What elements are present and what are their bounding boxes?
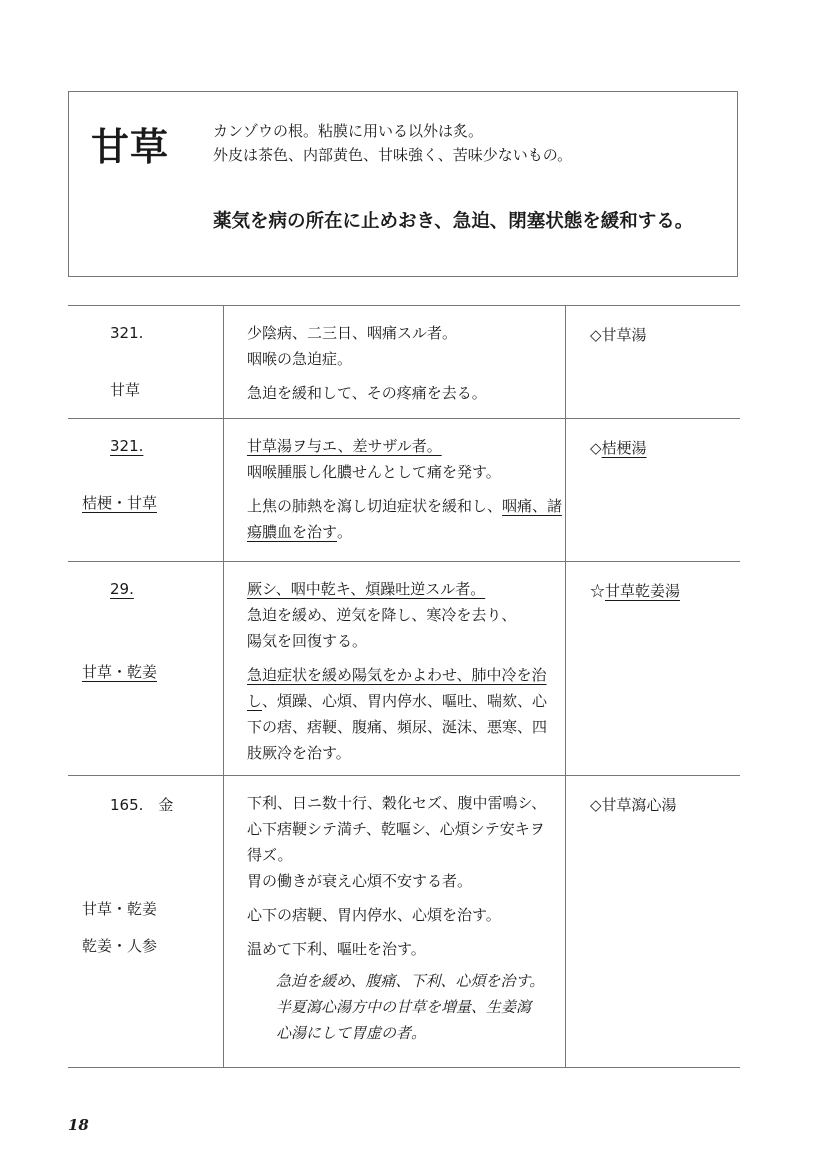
table-row: 165. 金 甘草・乾姜 乾姜・人参 下利、日ニ数十行、穀化セズ、腹中雷鳴シ、心… xyxy=(68,776,740,1068)
clause-number: 321. xyxy=(110,437,143,455)
herb-combo: 甘草・乾姜 xyxy=(68,815,223,919)
table-row: 321. 甘草 少陰病、二三日、咽痛スル者。 咽喉の急迫症。 急迫を緩和して、そ… xyxy=(68,306,740,419)
herb-combo: 甘草 xyxy=(68,342,223,400)
table-row: 29. 甘草・乾姜 厥シ、咽中乾キ、煩躁吐逆スル者。 急迫を緩め、逆気を降し、寒… xyxy=(68,562,740,776)
italic-note: 心湯にして胃虚の者。 xyxy=(276,1020,565,1046)
herb-action: 薬気を病の所在に止めおき、急迫、閉塞状態を緩和する。 xyxy=(213,207,693,233)
effect-text: 温めて下利、嘔吐を治す。 xyxy=(247,936,555,962)
cell-number: 165. 金 甘草・乾姜 乾姜・人参 xyxy=(68,776,224,1068)
clause-number: 165. 金 xyxy=(68,776,223,815)
cell-text: 厥シ、咽中乾キ、煩躁吐逆スル者。 急迫を緩め、逆気を降し、寒冷を去り、 陽気を回… xyxy=(224,562,566,776)
cell-formula: ◇甘草瀉心湯 xyxy=(566,776,741,1068)
kanbun-text: 甘草湯ヲ与エ、差サザル者。 xyxy=(247,437,442,455)
formula-name: 桔梗湯 xyxy=(602,439,647,457)
effect-end: 。 xyxy=(337,523,352,541)
cell-text: 甘草湯ヲ与エ、差サザル者。 咽喉腫脹し化膿せんとして痛を発す。 上焦の肺熱を瀉し… xyxy=(224,419,566,562)
herb-description: カンゾウの根。粘膜に用いる以外は炙。 外皮は茶色、内部黄色、甘味強く、苦味少ない… xyxy=(213,119,572,167)
description-line: カンゾウの根。粘膜に用いる以外は炙。 xyxy=(213,119,572,143)
prescription-table: 321. 甘草 少陰病、二三日、咽痛スル者。 咽喉の急迫症。 急迫を緩和して、そ… xyxy=(68,305,740,1068)
cell-formula: ☆甘草乾姜湯 xyxy=(566,562,741,776)
herb-title: 甘草 xyxy=(91,116,169,171)
cell-number: 321. 桔梗・甘草 xyxy=(68,419,224,562)
note-text: 咽喉の急迫症。 xyxy=(247,346,565,372)
note-text: 陽気を回復する。 xyxy=(247,628,555,654)
clause-number: 29. xyxy=(110,580,134,598)
herb-header-box: 甘草 カンゾウの根。粘膜に用いる以外は炙。 外皮は茶色、内部黄色、甘味強く、苦味… xyxy=(68,91,738,277)
italic-note: 半夏瀉心湯方中の甘草を増量、生姜瀉 xyxy=(276,994,565,1020)
formula-mark: ◇ xyxy=(590,439,602,457)
kanbun-text: 下利、日ニ数十行、穀化セズ、腹中雷鳴シ、心下痞鞕シテ満チ、乾嘔シ、心煩シテ安キヲ… xyxy=(247,790,555,868)
kanbun-text: 少陰病、二三日、咽痛スル者。 xyxy=(247,320,565,346)
cell-text: 下利、日ニ数十行、穀化セズ、腹中雷鳴シ、心下痞鞕シテ満チ、乾嘔シ、心煩シテ安キヲ… xyxy=(224,776,566,1068)
italic-note: 急迫を緩め、腹痛、下利、心煩を治す。 xyxy=(276,968,565,994)
table-row: 321. 桔梗・甘草 甘草湯ヲ与エ、差サザル者。 咽喉腫脹し化膿せんとして痛を発… xyxy=(68,419,740,562)
cell-number: 29. 甘草・乾姜 xyxy=(68,562,224,776)
cell-formula: ◇甘草湯 xyxy=(566,306,741,419)
cell-formula: ◇桔梗湯 xyxy=(566,419,741,562)
cell-text: 少陰病、二三日、咽痛スル者。 咽喉の急迫症。 急迫を緩和して、その疼痛を去る。 xyxy=(224,306,566,419)
note-text: 咽喉腫脹し化膿せんとして痛を発す。 xyxy=(247,459,565,485)
star-icon: ☆ xyxy=(590,582,605,600)
herb-combo: 乾姜・人参 xyxy=(68,919,223,956)
herb-combo: 甘草・乾姜 xyxy=(82,663,157,681)
formula-name: ◇甘草湯 xyxy=(566,306,740,345)
formula-name: ◇甘草瀉心湯 xyxy=(566,776,740,815)
note-text: 急迫を緩め、逆気を降し、寒冷を去り、 xyxy=(247,602,555,628)
herb-combo: 桔梗・甘草 xyxy=(82,494,157,512)
kanbun-text: 厥シ、咽中乾キ、煩躁吐逆スル者。 xyxy=(247,580,485,598)
note-text: 胃の働きが衰え心煩不安する者。 xyxy=(247,868,555,894)
formula-name: 甘草乾姜湯 xyxy=(605,582,680,600)
effect-text: 上焦の肺熱を瀉し切迫症状を緩和し、 xyxy=(247,497,502,515)
effect-text: 、煩躁、心煩、胃内停水、嘔吐、喘欬、心下の痞、痞鞕、腹痛、頻尿、涎沫、悪寒、四肢… xyxy=(247,692,547,762)
cell-number: 321. 甘草 xyxy=(68,306,224,419)
page-number: 18 xyxy=(68,1116,89,1134)
description-line: 外皮は茶色、内部黄色、甘味強く、苦味少ないもの。 xyxy=(213,143,572,167)
effect-text: 心下の痞鞕、胃内停水、心煩を治す。 xyxy=(247,902,555,928)
effect-text: 急迫を緩和して、その疼痛を去る。 xyxy=(247,380,565,406)
clause-number: 321. xyxy=(68,306,223,342)
